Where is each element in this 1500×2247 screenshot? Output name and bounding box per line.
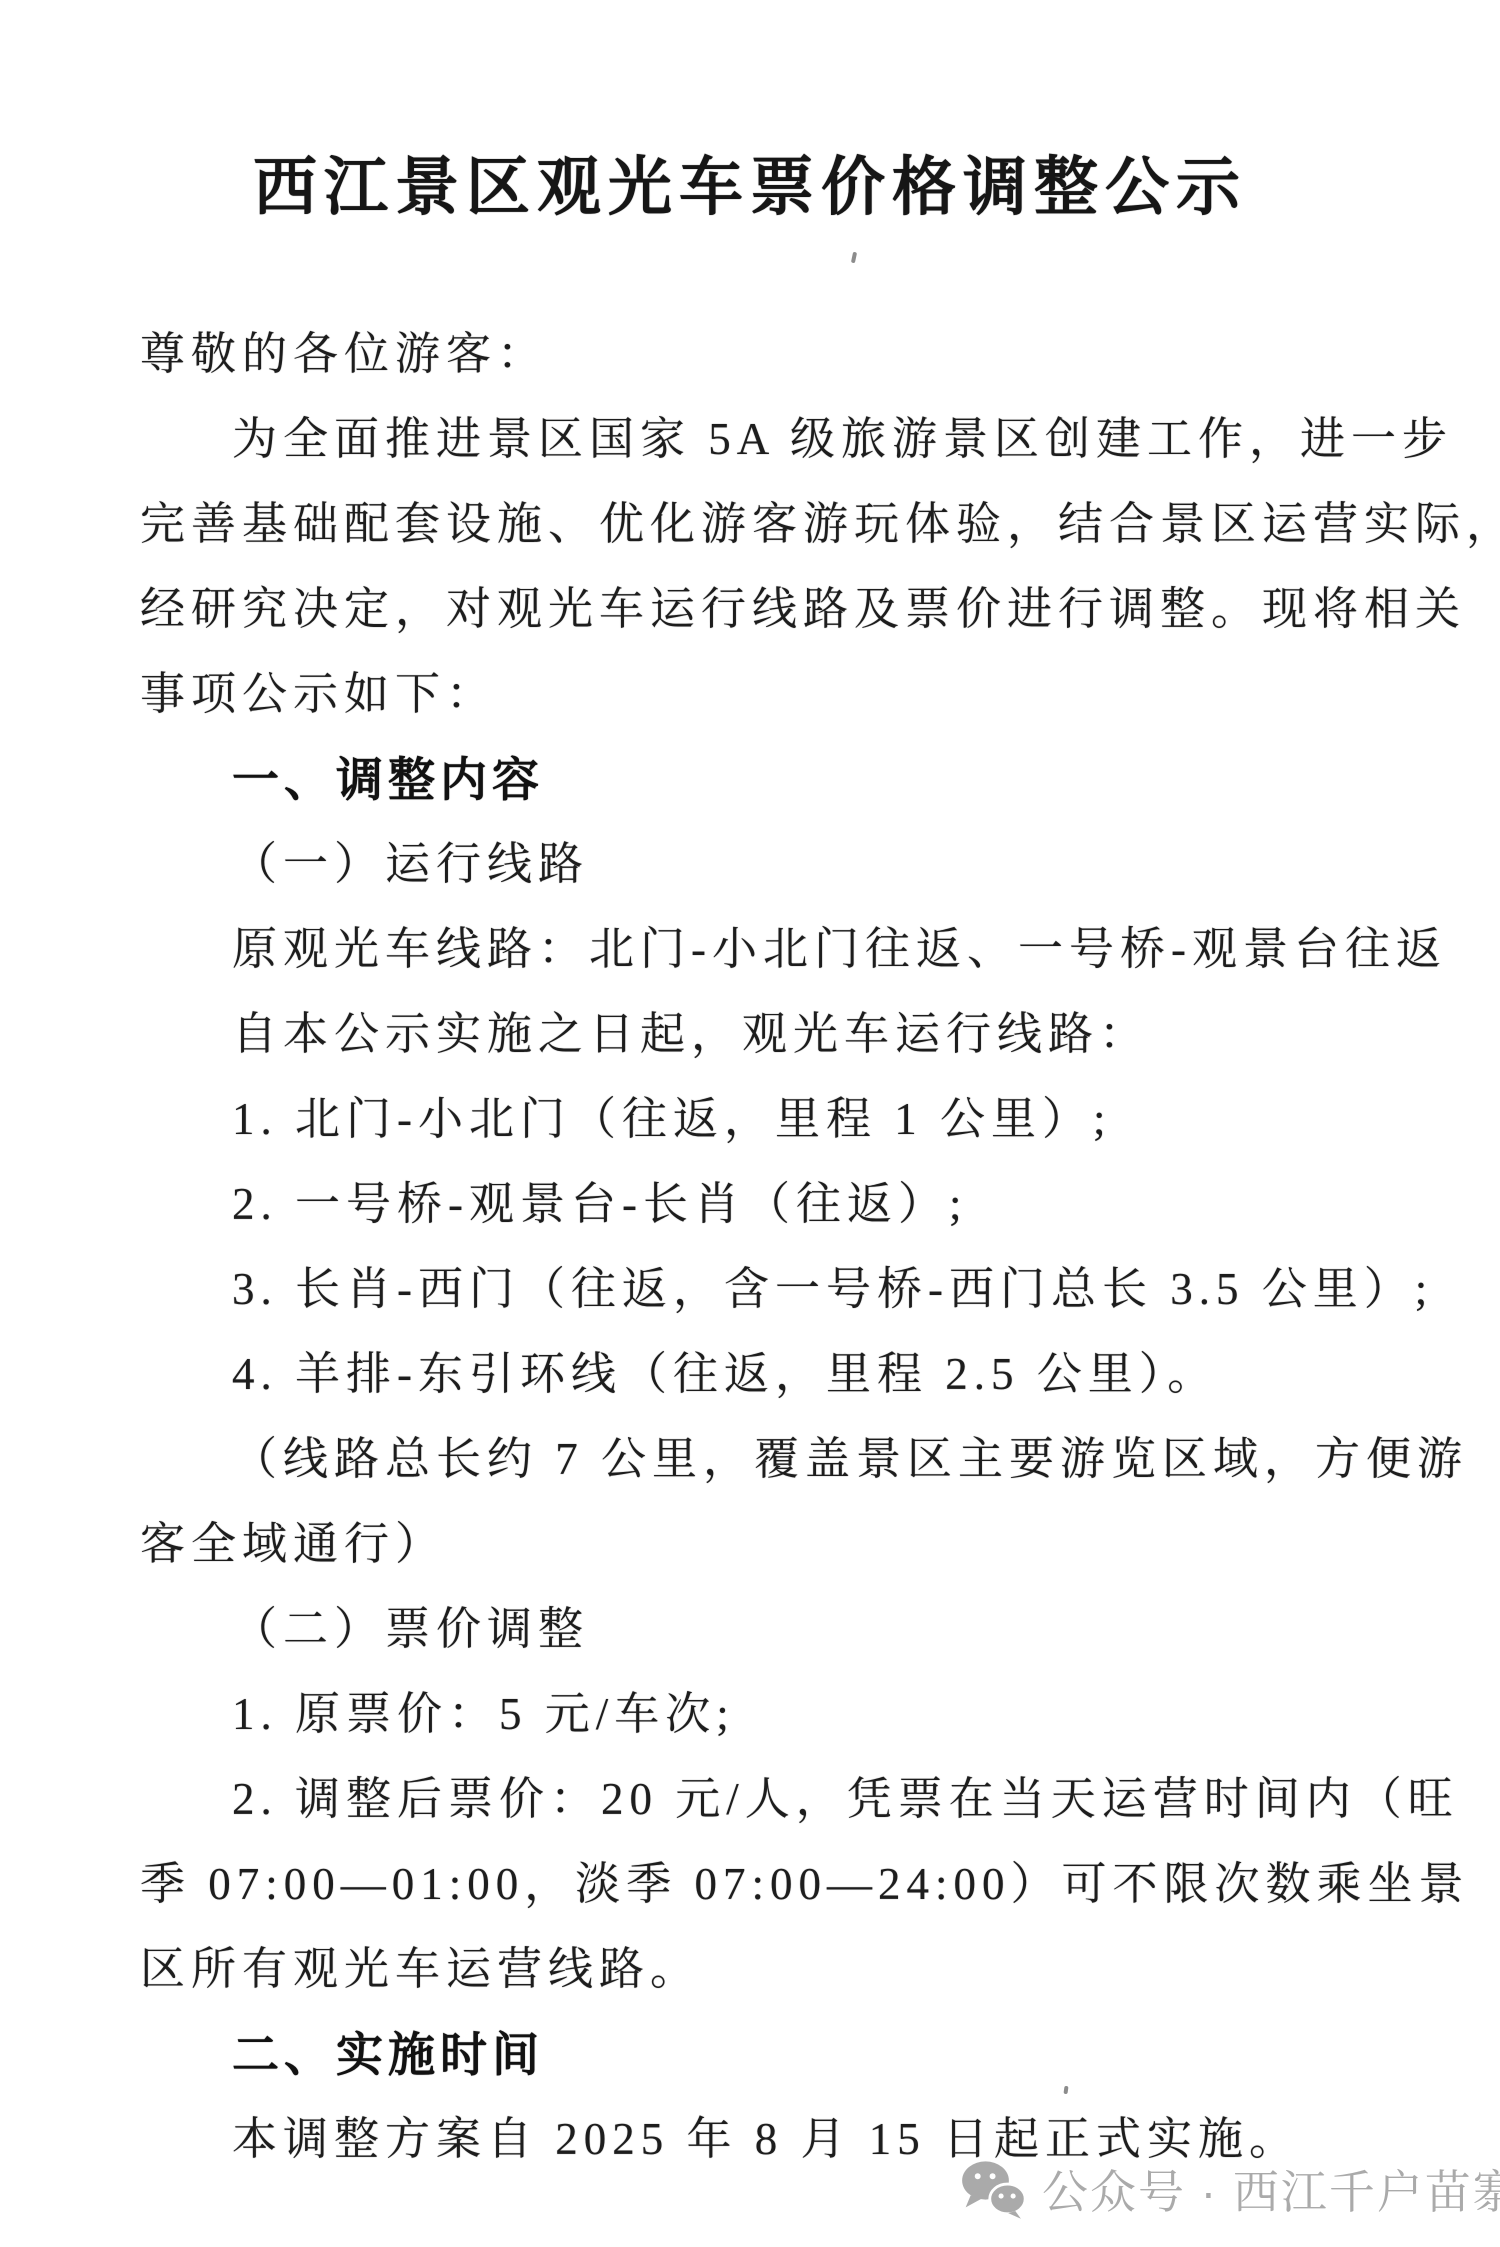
doc-line: 事项公示如下： bbox=[140, 652, 1440, 737]
doc-line: 季 07:00—01:00，淡季 07:00—24:00）可不限次数乘坐景 bbox=[140, 1842, 1440, 1927]
doc-subheading-1-1: （一）运行线路 bbox=[140, 822, 1440, 907]
doc-list-item-1: 1. 北门-小北门（往返，里程 1 公里）; bbox=[140, 1077, 1440, 1162]
doc-heading-1: 一、调整内容 bbox=[140, 737, 1440, 822]
doc-note-line: 客全域通行） bbox=[140, 1502, 1440, 1587]
doc-list-item-2: 2. 一号桥-观景台-长肖（往返）; bbox=[140, 1162, 1440, 1247]
scanned-notice-page: 西江景区观光车票价格调整公示 尊敬的各位游客： 为全面推进景区国家 5A 级旅游… bbox=[0, 0, 1500, 2247]
doc-line-salutation: 尊敬的各位游客： bbox=[140, 312, 1440, 397]
doc-list-item-4: 4. 羊排-东引环线（往返，里程 2.5 公里）。 bbox=[140, 1332, 1440, 1417]
wechat-icon bbox=[960, 2158, 1028, 2220]
doc-note-line: （线路总长约 7 公里，覆盖景区主要游览区域，方便游 bbox=[140, 1417, 1440, 1502]
doc-line: 原观光车线路：北门-小北门往返、一号桥-观景台往返 bbox=[140, 907, 1440, 992]
watermark-text: 公众号 · 西江千户苗寨 bbox=[1042, 2156, 1500, 2222]
doc-heading-2: 二、实施时间 bbox=[140, 2012, 1440, 2097]
doc-line: 自本公示实施之日起，观光车运行线路： bbox=[140, 992, 1440, 1077]
doc-price-new: 2. 调整后票价：20 元/人，凭票在当天运营时间内（旺 bbox=[140, 1757, 1440, 1842]
scan-speck bbox=[851, 252, 857, 264]
doc-line: 完善基础配套设施、优化游客游玩体验，结合景区运营实际， bbox=[140, 482, 1440, 567]
watermark: 公众号 · 西江千户苗寨 bbox=[960, 2156, 1500, 2222]
doc-line: 经研究决定，对观光车运行线路及票价进行调整。现将相关 bbox=[140, 567, 1440, 652]
doc-line: 为全面推进景区国家 5A 级旅游景区创建工作，进一步 bbox=[140, 397, 1440, 482]
doc-line: 区所有观光车运营线路。 bbox=[140, 1927, 1440, 2012]
doc-title: 西江景区观光车票价格调整公示 bbox=[0, 136, 1500, 228]
doc-subheading-1-2: （二）票价调整 bbox=[140, 1587, 1440, 1672]
doc-body: 尊敬的各位游客： 为全面推进景区国家 5A 级旅游景区创建工作，进一步 完善基础… bbox=[140, 312, 1440, 2182]
doc-price-old: 1. 原票价：5 元/车次; bbox=[140, 1672, 1440, 1757]
doc-list-item-3: 3. 长肖-西门（往返，含一号桥-西门总长 3.5 公里）; bbox=[140, 1247, 1440, 1332]
